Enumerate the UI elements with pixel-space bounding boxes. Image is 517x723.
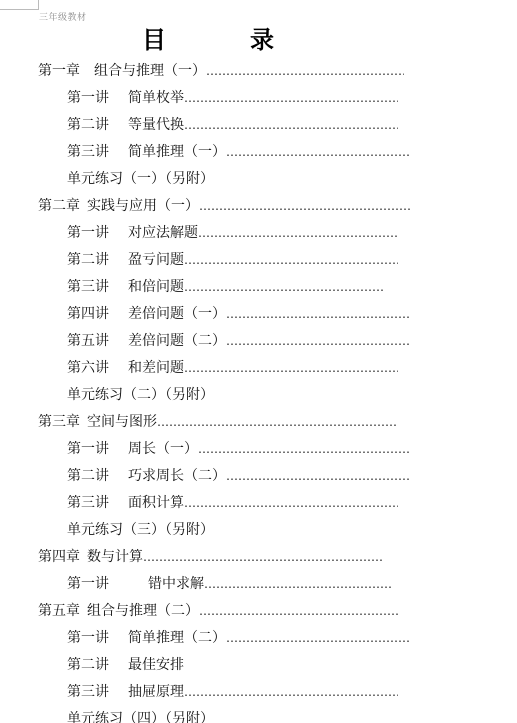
- toc-entry-number: 第一章: [38, 60, 94, 82]
- toc-lesson-entry[interactable]: 第二讲盈亏问题: [67, 249, 398, 271]
- toc-lesson-entry[interactable]: 第三讲面积计算: [67, 492, 398, 514]
- toc-entry-title: 和差问题: [128, 357, 184, 379]
- dot-leader: [184, 276, 384, 298]
- toc-entry-number: 单元练习（四）（另附）: [67, 708, 214, 723]
- toc-entry-number: 单元练习（二）（另附）: [67, 384, 214, 406]
- toc-lesson-entry[interactable]: 第一讲简单枚举: [67, 87, 398, 109]
- toc-lesson-entry[interactable]: 第六讲和差问题: [67, 357, 398, 379]
- toc-entry-number: 第一讲: [67, 438, 128, 460]
- toc-entry-number: 第五章: [38, 600, 87, 622]
- toc-entry-number: 第二讲: [67, 249, 128, 271]
- toc-chapter-entry[interactable]: 第三章空间与图形: [38, 411, 398, 433]
- title-char-1: 目: [142, 26, 166, 54]
- dot-leader: [157, 411, 398, 433]
- toc-entry-number: 第一讲: [67, 573, 148, 595]
- toc-entry-number: 第四讲: [67, 303, 128, 325]
- toc-lesson-entry[interactable]: 第二讲等量代换: [67, 114, 398, 136]
- dot-leader: [184, 357, 398, 379]
- toc-entry-number: 单元练习（一）（另附）: [67, 168, 214, 190]
- toc-entry-title: 抽屉原理: [128, 681, 184, 703]
- toc-entry-title: 组合与推理（二）: [87, 600, 199, 622]
- toc-chapter-entry[interactable]: 第四章数与计算: [38, 546, 384, 568]
- toc-entry-number: 第二章: [38, 195, 87, 217]
- toc-lesson-entry[interactable]: 第一讲对应法解题: [67, 222, 398, 244]
- dot-leader: [198, 438, 411, 460]
- toc-entry-number: 第三章: [38, 411, 87, 433]
- toc-entry-title: 空间与图形: [87, 411, 157, 433]
- toc-chapter-entry[interactable]: 第一章组合与推理（一）: [38, 60, 404, 82]
- toc-entry-number: 第四章: [38, 546, 87, 568]
- toc-entry-title: 等量代换: [128, 114, 184, 136]
- toc-lesson-entry[interactable]: 第一讲简单推理（二）: [67, 627, 411, 649]
- dot-leader: [184, 681, 398, 703]
- dot-leader: [184, 492, 398, 514]
- dot-leader: [226, 141, 411, 163]
- toc-entry-title: 和倍问题: [128, 276, 184, 298]
- toc-entry-title: 简单推理（一）: [128, 141, 226, 163]
- toc-entry-title: 组合与推理（一）: [94, 60, 206, 82]
- toc-entry-title: 错中求解: [148, 573, 204, 595]
- title-char-2: 录: [250, 26, 274, 54]
- toc-entry-title: 差倍问题（二）: [128, 330, 226, 352]
- toc-entry-number: 单元练习（三）（另附）: [67, 519, 214, 541]
- dot-leader: [143, 546, 384, 568]
- toc-entry-number: 第五讲: [67, 330, 128, 352]
- dot-leader: [206, 60, 404, 82]
- toc-entry-number: 第二讲: [67, 465, 128, 487]
- toc-lesson-entry[interactable]: 第五讲差倍问题（二）: [67, 330, 411, 352]
- toc-lesson-entry[interactable]: 第二讲巧求周长（二）: [67, 465, 411, 487]
- toc-entry-title: 最佳安排: [128, 654, 184, 676]
- dot-leader: [198, 222, 398, 244]
- dot-leader: [199, 600, 398, 622]
- toc-entry-title: 简单推理（二）: [128, 627, 226, 649]
- toc-entry-number: 第一讲: [67, 87, 128, 109]
- toc-entry-title: 巧求周长（二）: [128, 465, 226, 487]
- toc-entry-number: 第三讲: [67, 492, 128, 514]
- toc-entry-title: 面积计算: [128, 492, 184, 514]
- dot-leader: [226, 465, 411, 487]
- dot-leader: [184, 87, 398, 109]
- toc-entry-number: 第二讲: [67, 114, 128, 136]
- toc-lesson-entry[interactable]: 单元练习（四）（另附）: [67, 708, 214, 723]
- toc-entry-title: 简单枚举: [128, 87, 184, 109]
- toc-entry-number: 第二讲: [67, 654, 128, 676]
- toc-entry-number: 第三讲: [67, 276, 128, 298]
- page-corner-mark: [0, 0, 39, 10]
- dot-leader: [199, 195, 411, 217]
- toc-entry-title: 盈亏问题: [128, 249, 184, 271]
- toc-entry-number: 第六讲: [67, 357, 128, 379]
- toc-entry-title: 数与计算: [87, 546, 143, 568]
- dot-leader: [226, 627, 411, 649]
- toc-entry-title: 对应法解题: [128, 222, 198, 244]
- dot-leader: [184, 114, 398, 136]
- toc-entry-title: 差倍问题（一）: [128, 303, 226, 325]
- toc-chapter-entry[interactable]: 第五章组合与推理（二）: [38, 600, 398, 622]
- toc-lesson-entry[interactable]: 第四讲差倍问题（一）: [67, 303, 411, 325]
- toc-lesson-entry[interactable]: 单元练习（二）（另附）: [67, 384, 214, 406]
- dot-leader: [226, 303, 411, 325]
- dot-leader: [204, 573, 391, 595]
- toc-lesson-entry[interactable]: 单元练习（三）（另附）: [67, 519, 214, 541]
- toc-lesson-entry[interactable]: 第二讲最佳安排: [67, 654, 184, 676]
- toc-entry-title: 周长（一）: [128, 438, 198, 460]
- dot-leader: [184, 249, 398, 271]
- toc-lesson-entry[interactable]: 第一讲周长（一）: [67, 438, 411, 460]
- page-title: 目 录: [0, 26, 517, 56]
- page-header: 三年级教材: [39, 10, 87, 23]
- toc-chapter-entry[interactable]: 第二章实践与应用（一）: [38, 195, 411, 217]
- toc-entry-number: 第三讲: [67, 141, 128, 163]
- toc-lesson-entry[interactable]: 单元练习（一）（另附）: [67, 168, 214, 190]
- toc-entry-number: 第三讲: [67, 681, 128, 703]
- dot-leader: [226, 330, 411, 352]
- toc-entry-number: 第一讲: [67, 222, 128, 244]
- toc-lesson-entry[interactable]: 第三讲抽屉原理: [67, 681, 398, 703]
- toc-entry-title: 实践与应用（一）: [87, 195, 199, 217]
- toc-lesson-entry[interactable]: 第三讲和倍问题: [67, 276, 384, 298]
- toc-lesson-entry[interactable]: 第三讲简单推理（一）: [67, 141, 411, 163]
- toc-entry-number: 第一讲: [67, 627, 128, 649]
- toc-lesson-entry[interactable]: 第一讲错中求解: [67, 573, 391, 595]
